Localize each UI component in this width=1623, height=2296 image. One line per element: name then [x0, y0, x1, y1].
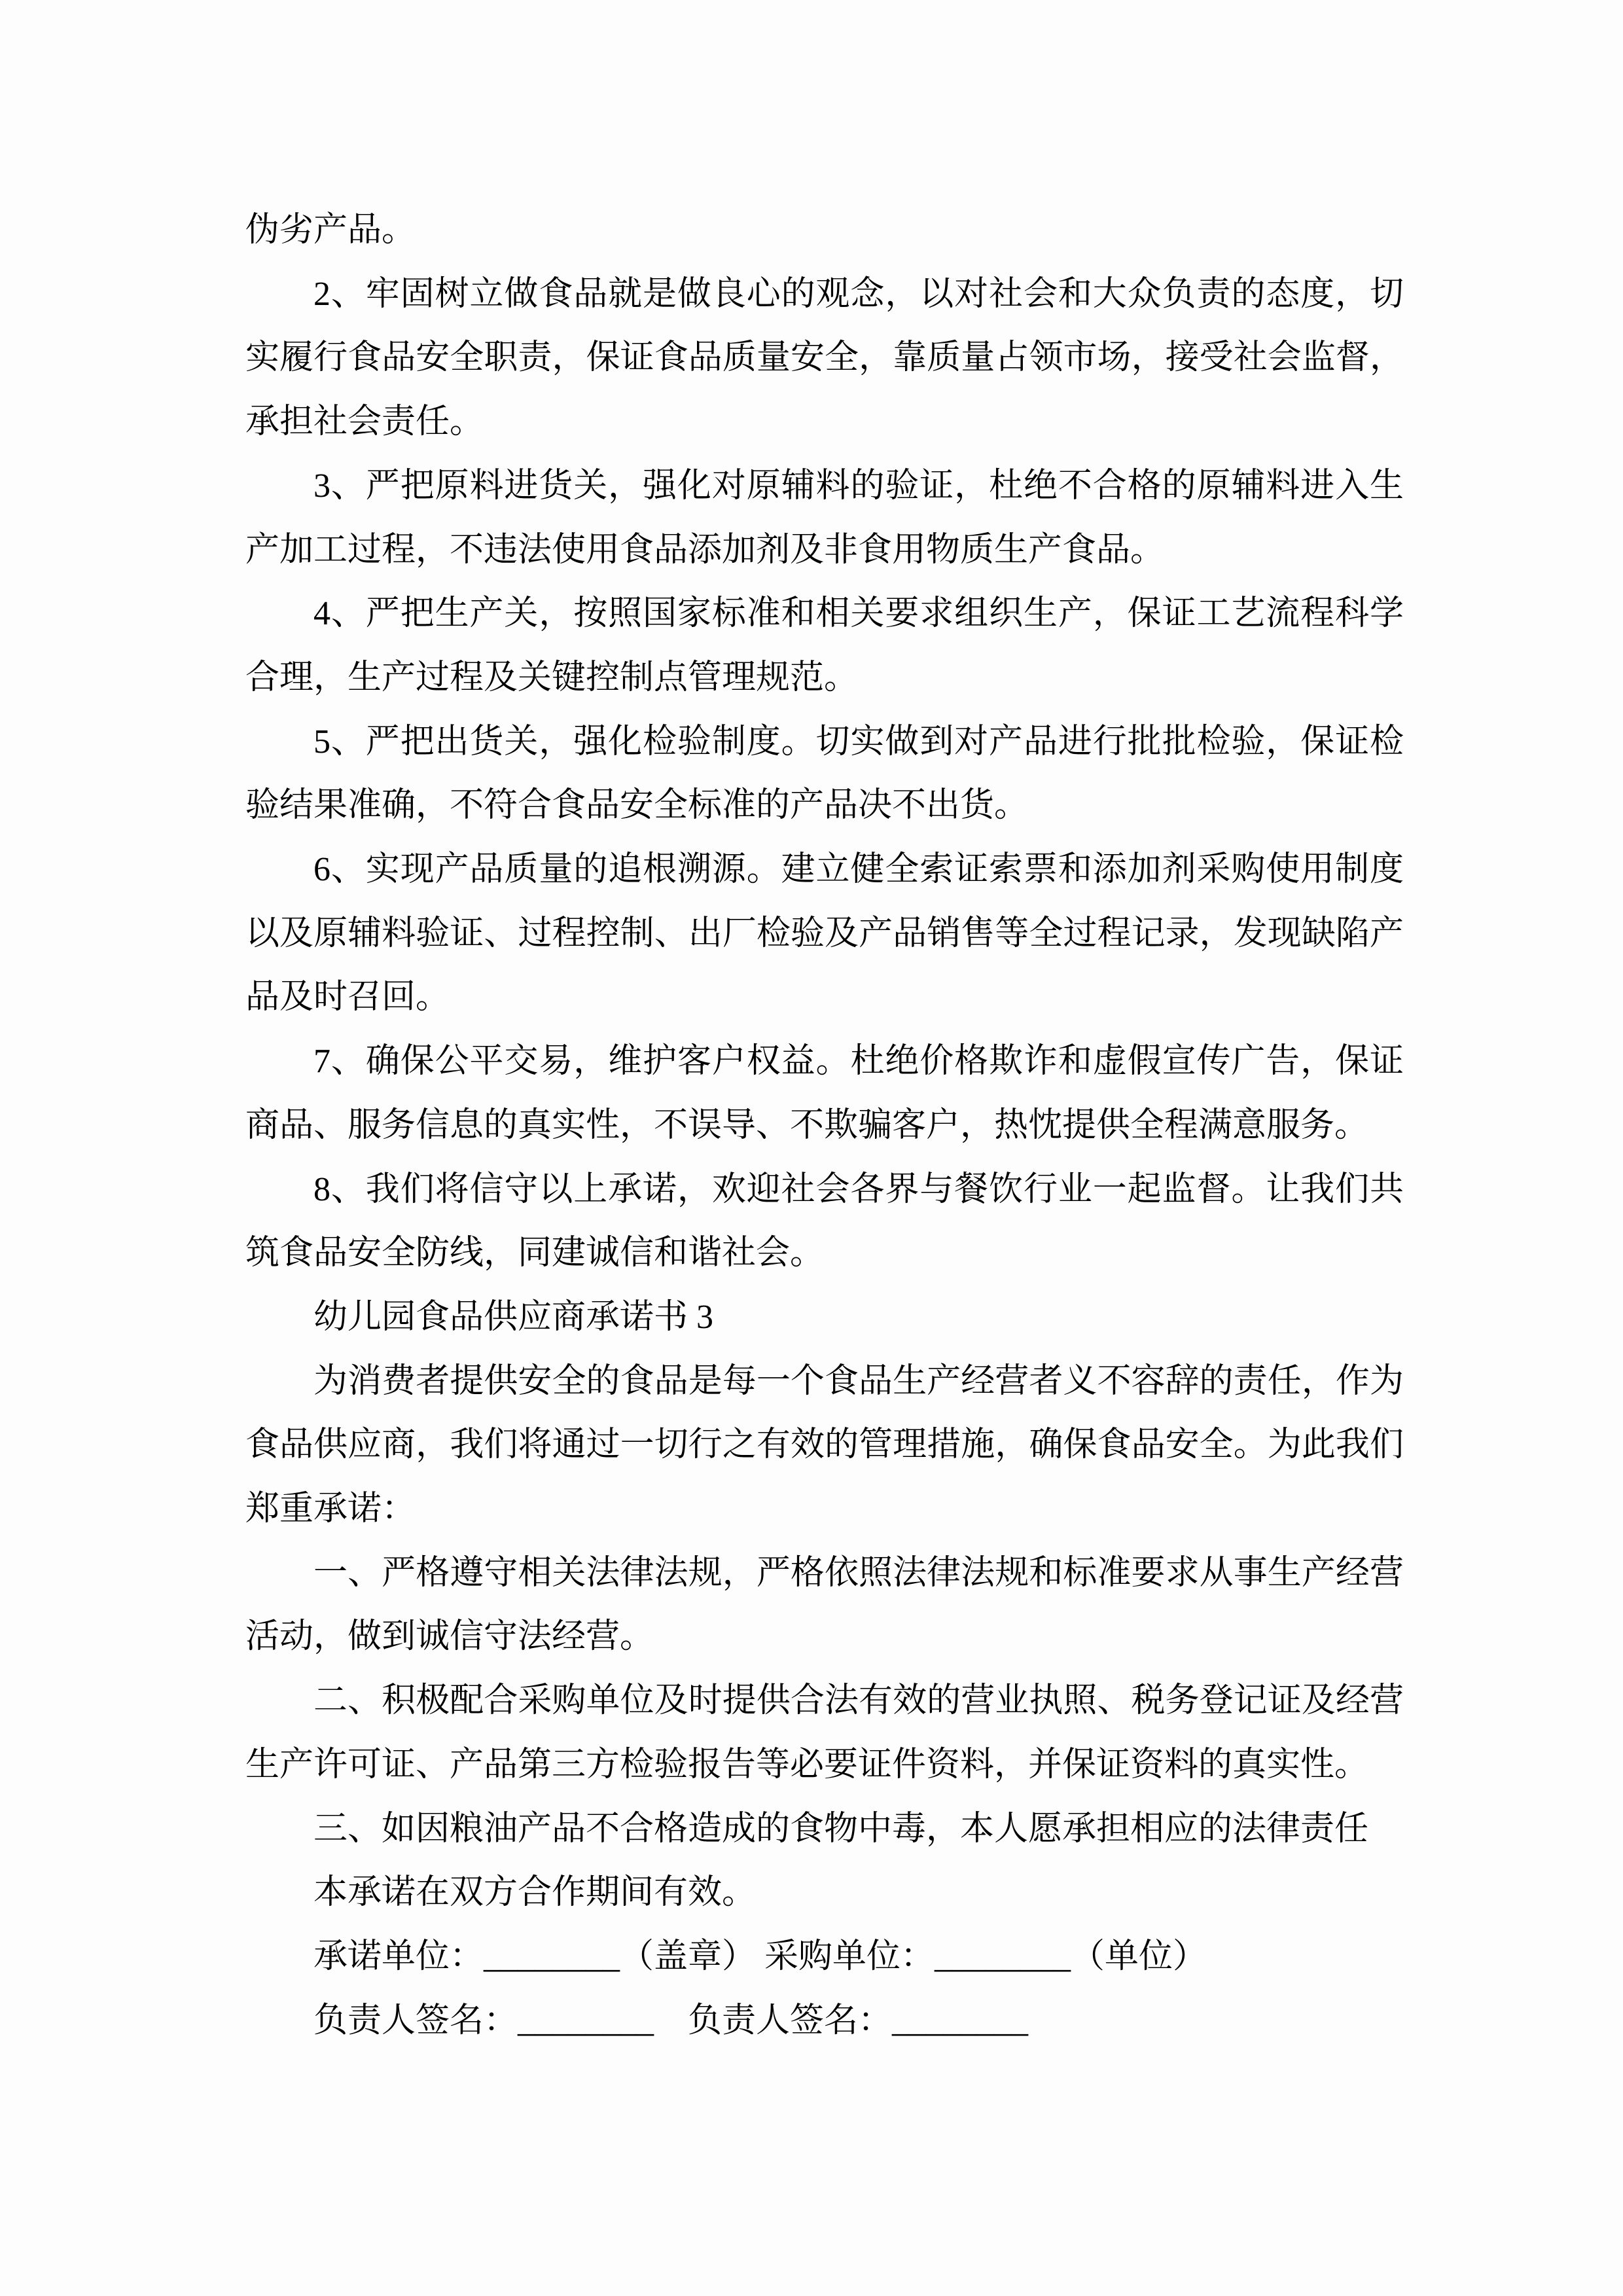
paragraph: 6、实现产品质量的追根溯源。建立健全索证索票和添加剂采购使用制度以及原辅料验证、…: [245, 838, 1404, 1030]
paragraph: 伪劣产品。: [245, 198, 1404, 262]
paragraph: 为消费者提供安全的食品是每一个食品生产经营者义不容辞的责任，作为食品供应商，我们…: [245, 1350, 1404, 1541]
paragraph: 4、严把生产关，按照国家标准和相关要求组织生产，保证工艺流程科学合理，生产过程及…: [245, 582, 1404, 709]
document-text-block: 伪劣产品。 2、牢固树立做食品就是做良心的观念，以对社会和大众负责的态度，切实履…: [245, 198, 1404, 2053]
document-page: 伪劣产品。 2、牢固树立做食品就是做良心的观念，以对社会和大众负责的态度，切实履…: [0, 0, 1623, 2296]
signature-line-person: 负责人签名：________ 负责人签名：________: [245, 1989, 1404, 2053]
paragraph: 3、严把原料进货关，强化对原辅料的验证，杜绝不合格的原辅料进入生产加工过程，不违…: [245, 454, 1404, 582]
paragraph: 本承诺在双方合作期间有效。: [245, 1861, 1404, 1925]
paragraph: 三、如因粮油产品不合格造成的食物中毒，本人愿承担相应的法律责任: [245, 1797, 1404, 1861]
paragraph: 二、积极配合采购单位及时提供合法有效的营业执照、税务登记证及经营生产许可证、产品…: [245, 1669, 1404, 1797]
paragraph: 一、严格遵守相关法律法规，严格依照法律法规和标准要求从事生产经营活动，做到诚信守…: [245, 1541, 1404, 1669]
paragraph: 2、牢固树立做食品就是做良心的观念，以对社会和大众负责的态度，切实履行食品安全职…: [245, 262, 1404, 454]
paragraph: 8、我们将信守以上承诺，欢迎社会各界与餐饮行业一起监督。让我们共筑食品安全防线，…: [245, 1158, 1404, 1285]
signature-line-unit: 承诺单位：________（盖章） 采购单位：________（单位）: [245, 1925, 1404, 1989]
section-heading: 幼儿园食品供应商承诺书 3: [245, 1285, 1404, 1350]
paragraph: 7、确保公平交易，维护客户权益。杜绝价格欺诈和虚假宣传广告，保证商品、服务信息的…: [245, 1030, 1404, 1157]
paragraph: 5、严把出货关，强化检验制度。切实做到对产品进行批批检验，保证检验结果准确，不符…: [245, 710, 1404, 838]
